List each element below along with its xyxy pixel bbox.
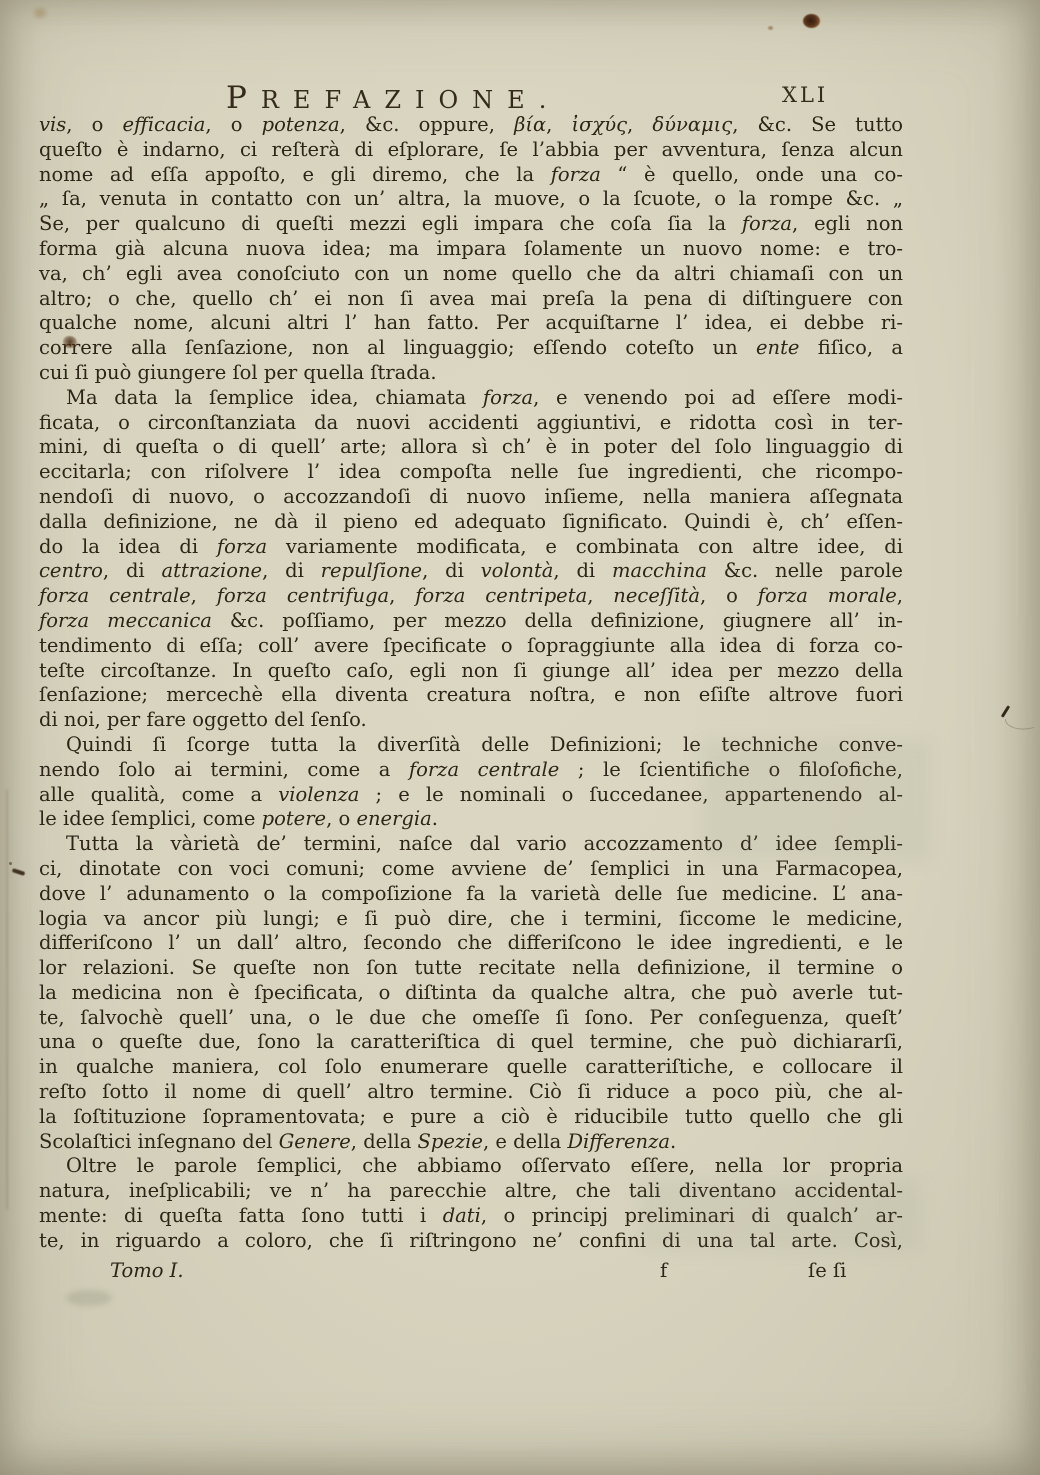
text-line: nendoſi di nuovo, o accozzandoſi di nuov… xyxy=(39,485,903,510)
text-line: te, in riguardo a coloro, che ſi riſtrin… xyxy=(39,1229,903,1254)
text-line: mente: di queſta fatta ſono tutti i dati… xyxy=(39,1204,903,1229)
text-line: ſenſazione; mercechè ella diventa creatu… xyxy=(39,683,903,708)
text-line: forma già alcuna nuova idea; ma impara ſ… xyxy=(39,237,903,262)
small-speck xyxy=(768,26,773,30)
text-line: le idee ſemplici, come potere, o energia… xyxy=(39,807,903,832)
bottom-smudge xyxy=(66,1290,112,1306)
page-number: XLI xyxy=(782,83,828,107)
text-line: queſto è indarno, ci reſterà di eſplorar… xyxy=(39,138,903,163)
text-line: centro, di attrazione, di repulſione, di… xyxy=(39,559,903,584)
text-line: natura, ineſplicabili; ve n’ ha parecchi… xyxy=(39,1179,903,1204)
text-line: teſte circoſtanze. In queſto caſo, egli … xyxy=(39,659,903,684)
text-line: do la idea di forza variamente modificat… xyxy=(39,535,903,560)
text-line: Scolaſtici inſegnano del Genere, della S… xyxy=(39,1130,903,1155)
page-title: Prefazione. xyxy=(226,80,560,116)
signature-mark: f xyxy=(660,1259,667,1282)
text-line: cui ſi può giungere ſol per quella ſtrad… xyxy=(39,361,903,386)
text-line: lor relazioni. Se queſte non ſon tutte r… xyxy=(39,956,903,981)
text-line: Se, per qualcuno di queſti mezzi egli im… xyxy=(39,212,903,237)
text-line: nendo ſolo ai termini, come a forza cent… xyxy=(39,758,903,783)
text-line: va, ch’ egli avea conoſciuto con un nome… xyxy=(39,262,903,287)
text-line: la medicina non è ſpecificata, o diſtint… xyxy=(39,981,903,1006)
text-line: ficata, o circonſtanziata da nuovi accid… xyxy=(39,411,903,436)
page-footer: Tomo I. f ſe ſi xyxy=(0,1259,1040,1287)
text-line: „ ſa, venuta in contatto con un’ altra, … xyxy=(39,187,903,212)
margin-pen-stroke xyxy=(1001,705,1010,718)
text-line: in qualche maniera, col ſolo enumerare q… xyxy=(39,1055,903,1080)
catchword: ſe ſi xyxy=(808,1259,846,1282)
text-line: dove l’ adunamento o la compoſizione fa … xyxy=(39,882,903,907)
text-line: di noi, per fare oggetto del ſenſo. xyxy=(39,708,903,733)
text-line: una o queſte due, ſono la caratteriſtica… xyxy=(39,1030,903,1055)
margin-scratch xyxy=(1005,713,1035,733)
text-line: tendimento di eſſa; coll’ avere ſpecific… xyxy=(39,634,903,659)
text-line: nome ad eſſa appoſto, e gli diremo, che … xyxy=(39,163,903,188)
margin-ink-speck xyxy=(9,862,12,865)
text-line: differiſcono l’ un dall’ altro, ſecondo … xyxy=(39,931,903,956)
page-text: vis, o efficacia, o potenza, &c. oppure,… xyxy=(39,113,903,1254)
text-line: ci, dinotate con voci comuni; come avvie… xyxy=(39,857,903,882)
text-line: alle qualità, come a violenza ; e le nom… xyxy=(39,783,903,808)
margin-ink-mark xyxy=(12,868,26,876)
text-line: la ſoſtituzione ſopramentovata; e pure a… xyxy=(39,1105,903,1130)
text-line: correre alla ſenſazione, non al linguagg… xyxy=(39,336,903,361)
text-line: reſto ſotto il nome di quell’ altro term… xyxy=(39,1080,903,1105)
text-line: qualche nome, alcuni altri l’ han fatto.… xyxy=(39,311,903,336)
paper-crease xyxy=(6,790,8,1210)
corner-stain xyxy=(34,8,46,18)
text-line: dalla definizione, ne dà il pieno ed ade… xyxy=(39,510,903,535)
volume-label: Tomo I. xyxy=(110,1259,184,1282)
text-line: vis, o efficacia, o potenza, &c. oppure,… xyxy=(39,113,903,138)
text-line: Tutta la vàrietà de’ termini, naſce dal … xyxy=(39,832,903,857)
text-line: Ma data la ſemplice idea, chiamata forza… xyxy=(39,386,903,411)
text-line: forza centrale, forza centrifuga, forza … xyxy=(39,584,903,609)
text-line: altro; o che, quello ch’ ei non ſi avea … xyxy=(39,287,903,312)
text-line: eccitarla; con riſolvere l’ idea compoſt… xyxy=(39,460,903,485)
book-page: Prefazione. XLI vis, o efficacia, o pote… xyxy=(0,0,1040,1475)
text-line: Quindi ſi ſcorge tutta la diverſità dell… xyxy=(39,733,903,758)
text-line: te, ſalvochè quell’ una, o le due che om… xyxy=(39,1006,903,1031)
page-header: Prefazione. XLI xyxy=(0,80,1040,114)
text-line: logia va ancor più lungi; e ſi può dire,… xyxy=(39,907,903,932)
brown-stain xyxy=(803,14,820,28)
text-line: forza meccanica &c. poſſiamo, per mezzo … xyxy=(39,609,903,634)
text-line: Oltre le parole ſemplici, che abbiamo oſ… xyxy=(39,1154,903,1179)
text-line: mini, di queſta o di quell’ arte; allora… xyxy=(39,435,903,460)
